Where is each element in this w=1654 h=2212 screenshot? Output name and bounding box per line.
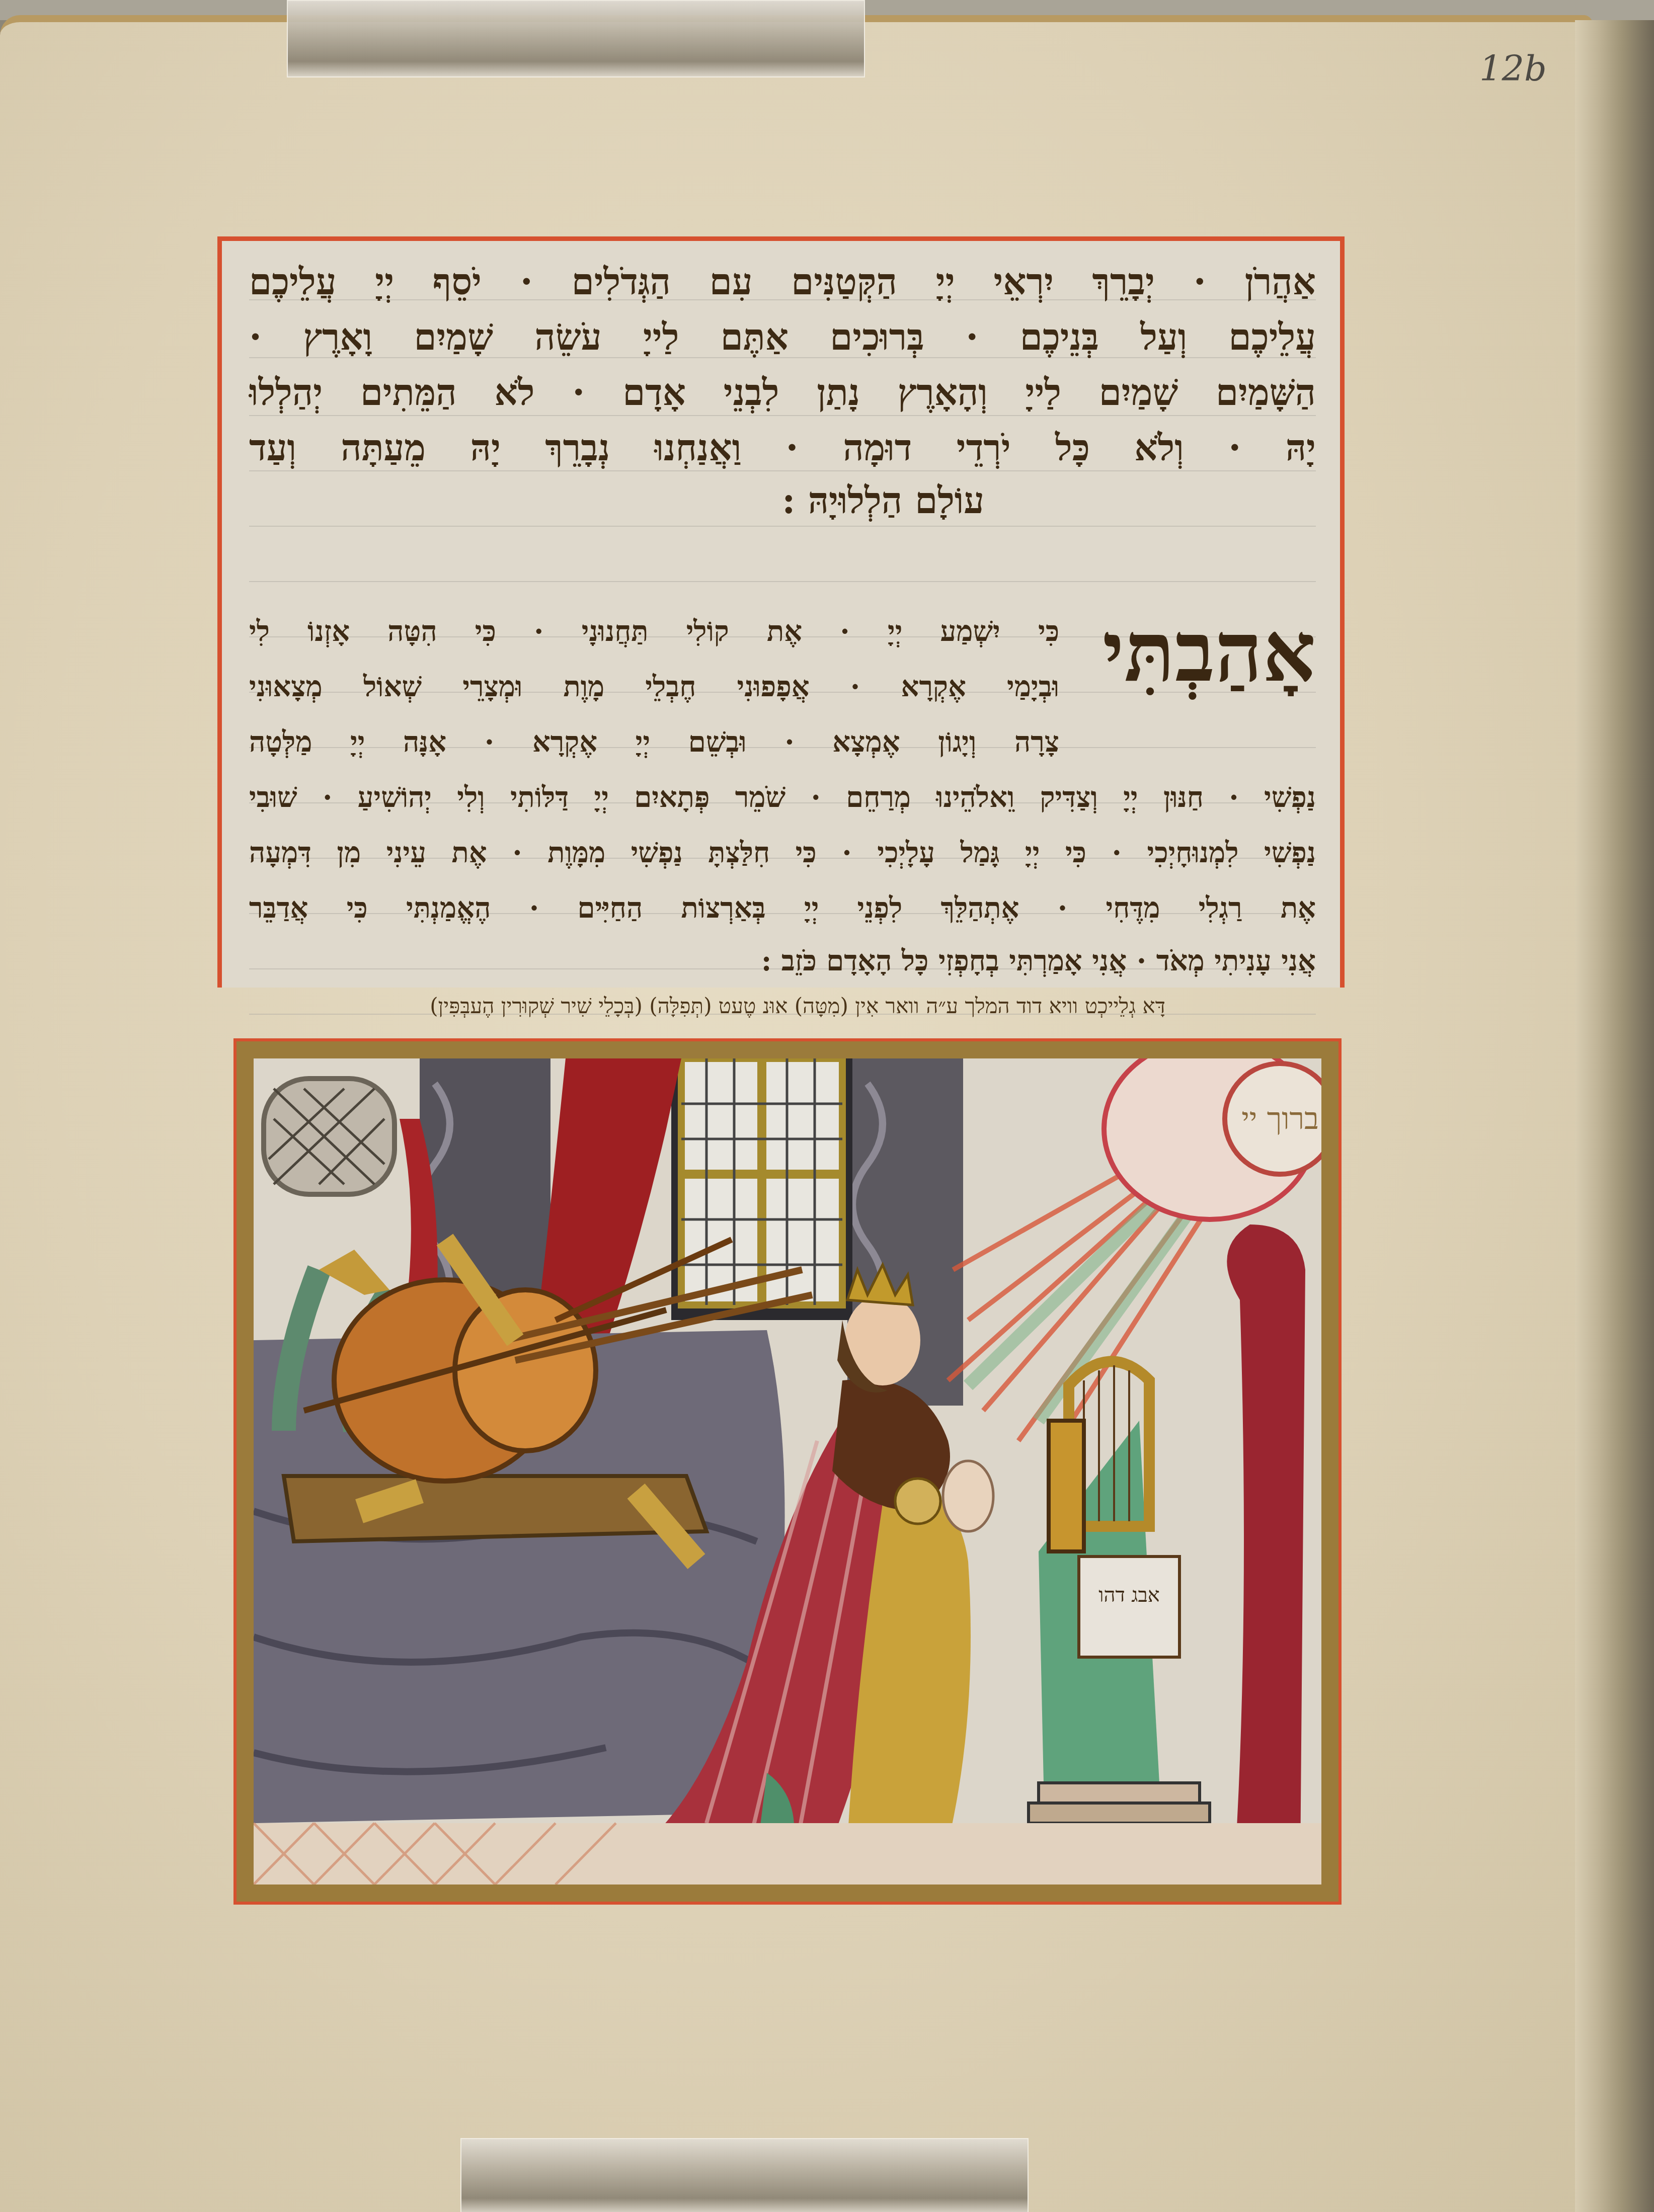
text-line: אַהֲרֹן · יְבָרֵךְ יִרְאֵי יְיָ הַקְּטַנ… — [249, 257, 1316, 307]
folio-number: 12b — [1479, 48, 1547, 89]
text-line: עוֹלָם הַלְלוּיָהּ : — [450, 475, 1316, 526]
text-line: נַפְשִׁי · חַנּוּן יְיָ וְצַדִּיק וֵאלֹה… — [249, 772, 1316, 823]
text-line: יָהּ · וְלֹא כָּל יֹרְדֵי דוּמָה · וַאֲנ… — [249, 423, 1316, 473]
text-line: וּבְיָמַי אֶקְרָא · אֲפָפוּנִי חֶבְלֵי מ… — [249, 662, 1059, 712]
text-line: נַפְשִׁי לִמְנוּחָיְכִי · כִּי יְיָ גָּמ… — [249, 828, 1316, 878]
text-line: אֲנִי עָנִיתִי מְאֹד · אֲנִי אָמַרְתִּי … — [761, 936, 1316, 986]
book-text: אבג דהו — [1098, 1584, 1160, 1607]
text-line: עֲלֵיכֶם וְעַל בְּנֵיכֶם · בְּרוּכִים אַ… — [249, 312, 1316, 362]
rubric-caption: דָּא גְלֵייכְט וויא דוד המלך ע״ה וואר אִ… — [279, 994, 1316, 1019]
text-line: הַשָּׁמַיִם שָׁמַיִם לַייָ וְהָאָרֶץ נָת… — [249, 367, 1316, 418]
sun-inscription: ברוך יי — [1241, 1101, 1319, 1136]
miniature-illustration: ברוך יי — [237, 1041, 1338, 1902]
page-stack-edge — [1575, 20, 1654, 2212]
text-block: אַהֲרֹן · יְבָרֵךְ יִרְאֵי יְיָ הַקְּטַנ… — [249, 254, 1316, 1039]
text-line: כִּי יִשְׁמַע יְיָ · אֶת קוֹלִי תַּחֲנוּ… — [249, 606, 1059, 657]
text-line: צָרָה וְיָגוֹן אֶמְצָא · וּבְשֵׁם יְיָ א… — [249, 717, 1059, 767]
initial-word: אָהַבְתִּי — [1102, 601, 1316, 702]
mounting-tab-bottom — [460, 2138, 1029, 2212]
king-david-scene: ברוך יי — [254, 1058, 1321, 1885]
text-line: אֶת רַגְלִי מִדֶּחִי · אֶתְהַלֵּךְ לִפְנ… — [249, 883, 1316, 933]
mounting-tab-top — [287, 0, 865, 77]
